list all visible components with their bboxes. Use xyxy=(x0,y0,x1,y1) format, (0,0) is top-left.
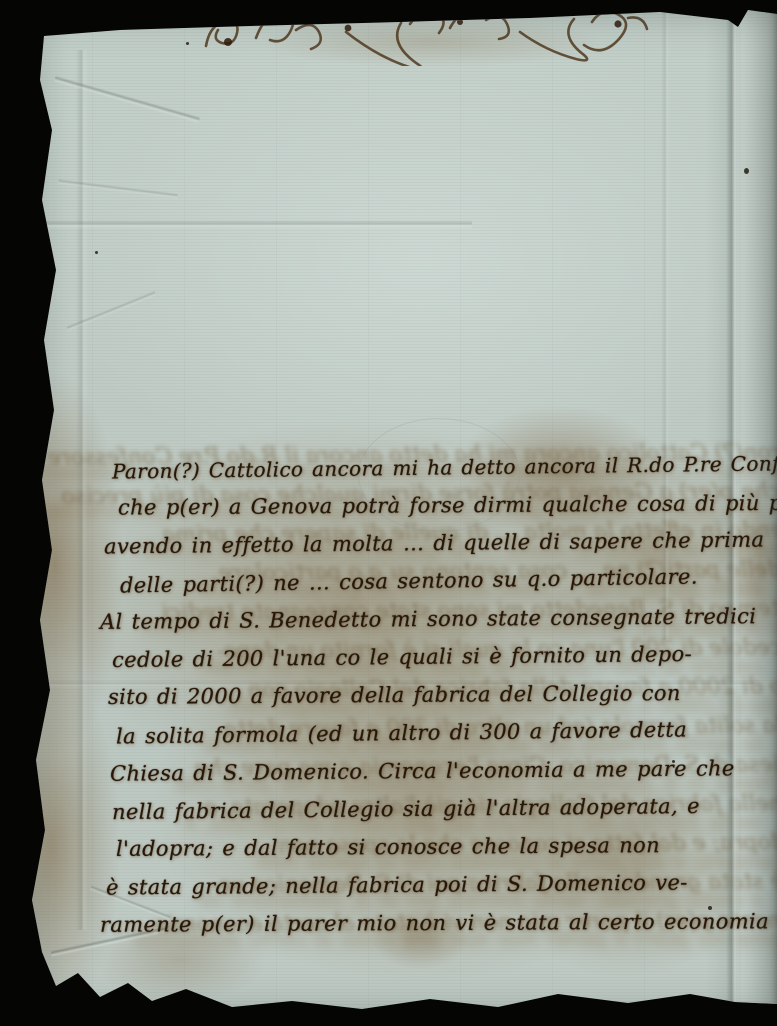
paper-sheet: Paron(?) Cattolico ancora mi ha detto an… xyxy=(0,0,777,1026)
manuscript-line: nella fabrica del Collegio sia già l'alt… xyxy=(112,794,700,824)
manuscript-line: l'adopra; e dal fatto si conosce che la … xyxy=(116,833,660,861)
manuscript-line: cedole di 200 l'una co le quali si è for… xyxy=(112,642,692,672)
manuscript-line: Paron(?) Cattolico ancora mi ha detto an… xyxy=(112,451,777,484)
manuscript-line: Al tempo di S. Benedetto mi sono state c… xyxy=(100,604,756,634)
manuscript-line: avendo in effetto la molta … di quelle d… xyxy=(104,528,765,559)
manuscript-line: Chiesa di S. Domenico. Circa l'economia … xyxy=(110,756,735,785)
manuscript-line: che p(er) a Genova potrà forse dirmi qua… xyxy=(118,490,777,519)
manuscript-line: ramente p(er) il parer mio non vi è stat… xyxy=(100,909,769,937)
manuscript-line: delle parti(?) ne … cosa sentono su q.o … xyxy=(120,564,698,597)
manuscript-line: la solita formola (ed un altro di 300 a … xyxy=(116,718,687,749)
manuscript-text-block: Paron(?) Cattolico ancora mi ha detto an… xyxy=(0,0,777,1026)
manuscript-line: sito di 2000 a favore della fabrica del … xyxy=(108,681,681,709)
manuscript-line: è stata grande; nella fabrica poi di S. … xyxy=(106,870,688,899)
scanned-manuscript-page: Paron(?) Cattolico ancora mi ha detto an… xyxy=(0,0,777,1026)
